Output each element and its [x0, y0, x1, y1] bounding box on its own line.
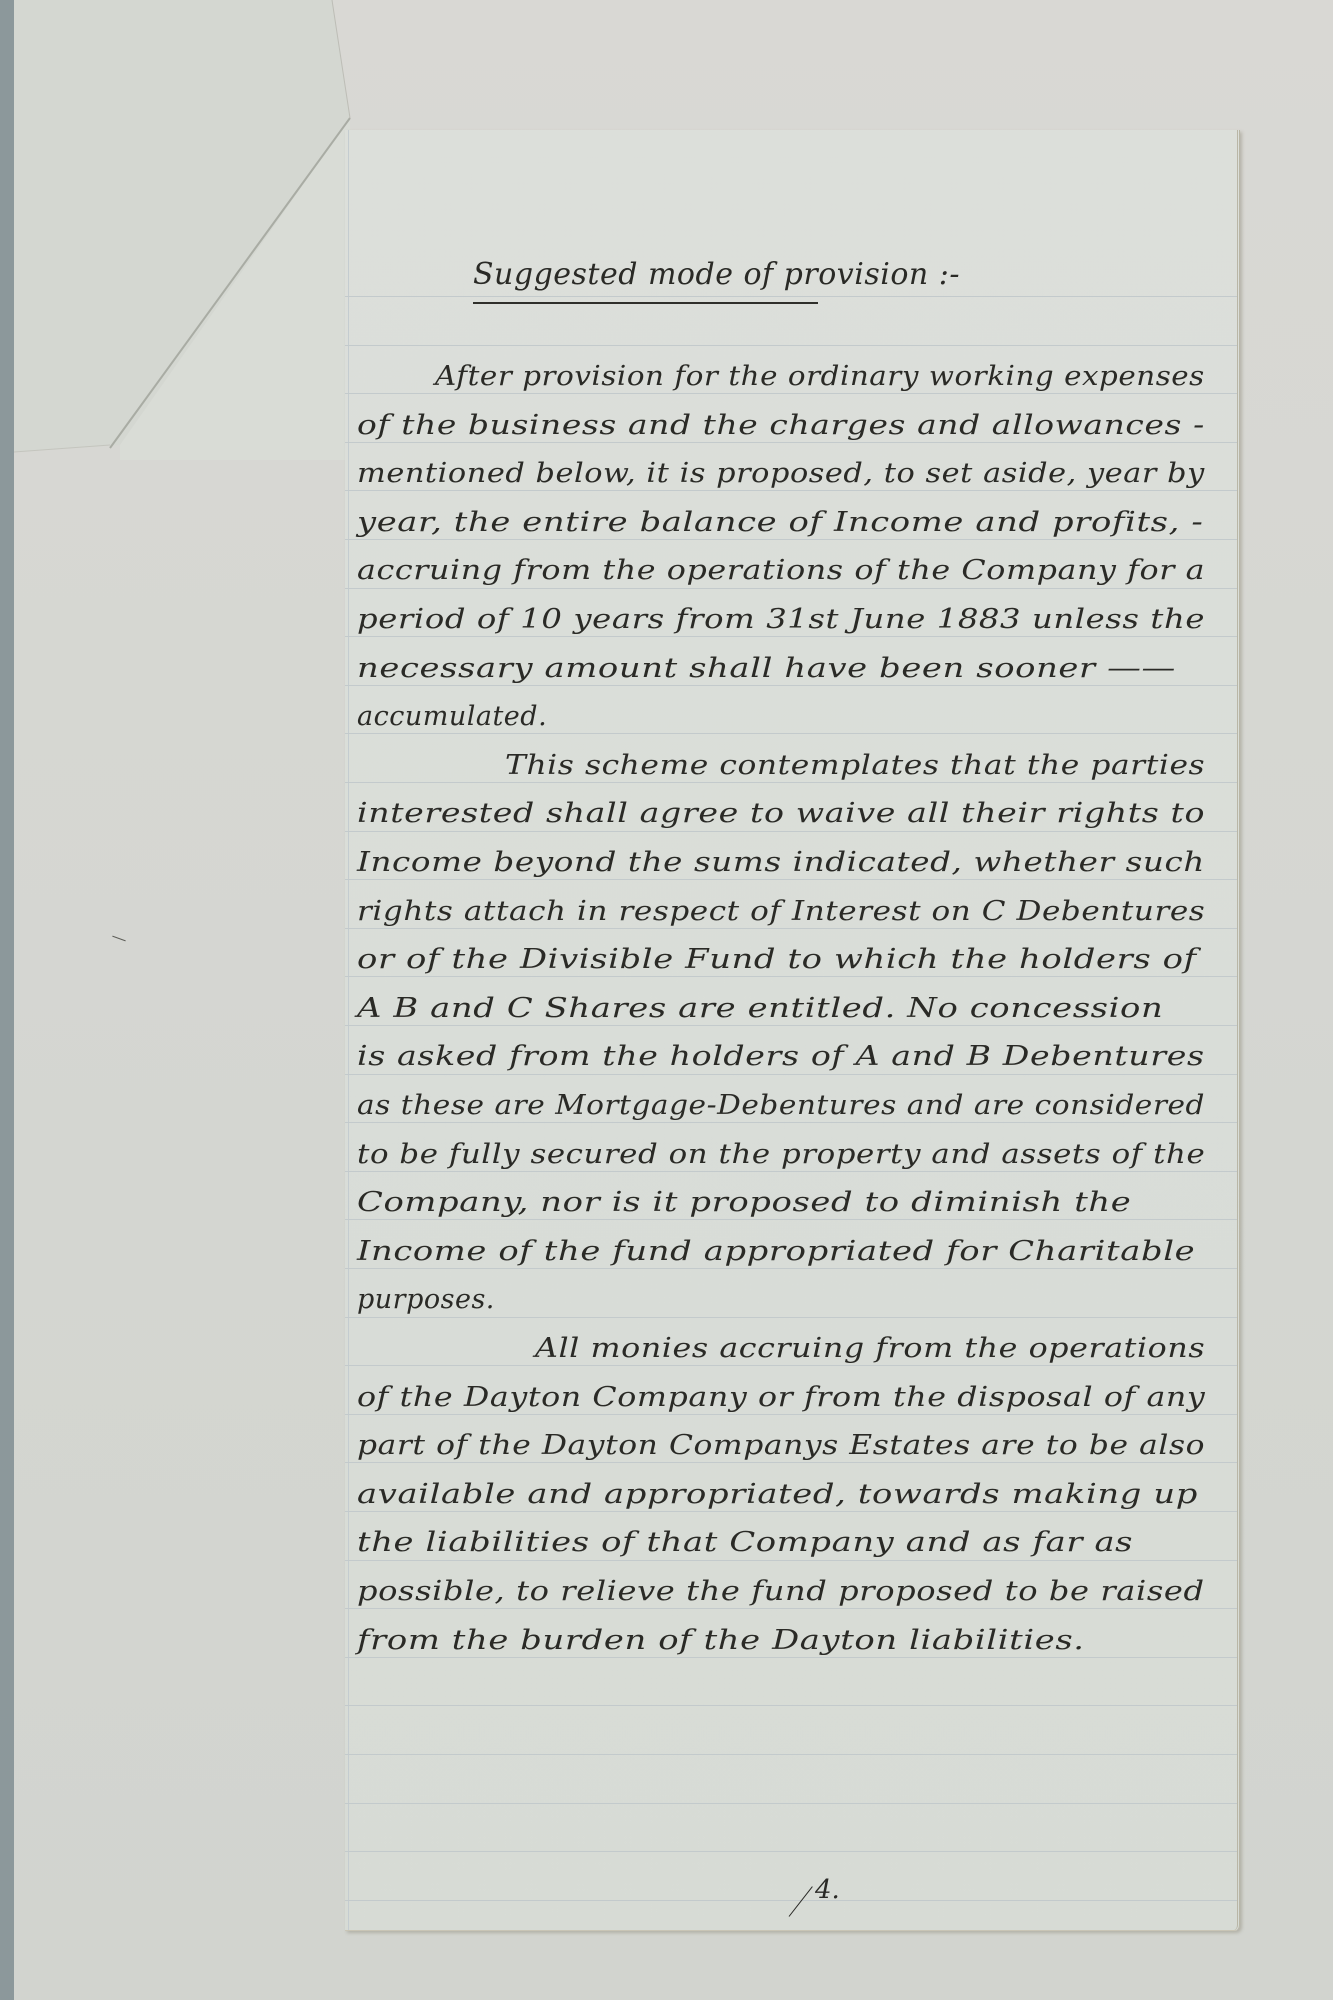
text-line: interested shall agree to waive all thei…	[357, 798, 1205, 829]
ruled-line	[345, 588, 1237, 589]
ruled-line	[345, 1122, 1237, 1123]
manuscript-page: Suggested mode of provision :- After pro…	[345, 130, 1240, 1931]
text-line: to be fully secured on the property and …	[357, 1139, 1205, 1170]
ruled-line	[345, 393, 1237, 394]
text-line: is asked from the holders of A and B Deb…	[357, 1041, 1205, 1072]
ruled-line	[345, 636, 1237, 637]
text-line: part of the Dayton Companys Estates are …	[357, 1430, 1205, 1461]
page-number-slash	[789, 1886, 813, 1917]
text-line: Income of the fund appropriated for Char…	[357, 1236, 1195, 1267]
ruled-line	[345, 733, 1237, 734]
text-line: of the Dayton Company or from the dispos…	[357, 1382, 1205, 1413]
text-line: A B and C Shares are entitled. No conces…	[357, 993, 1163, 1024]
ruled-line	[345, 1414, 1237, 1415]
ruled-line	[345, 345, 1237, 346]
ruled-line	[345, 1462, 1237, 1463]
text-line: possible, to relieve the fund proposed t…	[357, 1576, 1205, 1607]
ruled-line	[345, 685, 1237, 686]
ruled-line	[345, 928, 1237, 929]
ruled-line	[345, 539, 1237, 540]
ruled-line	[345, 1851, 1237, 1852]
title-underline	[473, 302, 818, 304]
text-line: as these are Mortgage-Debentures and are…	[357, 1090, 1205, 1121]
text-line: year, the entire balance of Income and p…	[357, 507, 1203, 538]
ruled-line	[345, 1025, 1237, 1026]
ruled-line	[345, 1171, 1237, 1172]
text-line: accumulated.	[357, 701, 547, 732]
ruled-line	[345, 1511, 1237, 1512]
text-line: the liabilities of that Company and as f…	[357, 1527, 1133, 1558]
ruled-line	[345, 1900, 1237, 1901]
text-line: After provision for the ordinary working…	[435, 361, 1205, 392]
ruled-line	[345, 1074, 1237, 1075]
text-line: accruing from the operations of the Comp…	[357, 555, 1205, 586]
ruled-line	[345, 831, 1237, 832]
ruled-line	[345, 1219, 1237, 1220]
ruled-line	[345, 1608, 1237, 1609]
ruled-line	[345, 490, 1237, 491]
text-line: rights attach in respect of Interest on …	[357, 896, 1205, 927]
text-line: Company, nor is it proposed to diminish …	[357, 1187, 1131, 1218]
ruled-line	[345, 1365, 1237, 1366]
ruled-line	[345, 1705, 1237, 1706]
ruled-line	[345, 976, 1237, 977]
ruled-line	[345, 1560, 1237, 1561]
ruled-line	[345, 1803, 1237, 1804]
text-line: This scheme contemplates that the partie…	[505, 750, 1205, 781]
text-line: of the business and the charges and allo…	[357, 410, 1205, 441]
text-line: necessary amount shall have been sooner …	[357, 653, 1176, 684]
text-line: from the burden of the Dayton liabilitie…	[357, 1625, 1085, 1656]
page-number: 4.	[815, 1875, 840, 1905]
ruled-line	[345, 442, 1237, 443]
ruled-line	[345, 296, 1237, 297]
folded-paper-flap	[0, 0, 360, 460]
text-line: available and appropriated, towards maki…	[357, 1479, 1198, 1510]
ruled-line	[345, 1657, 1237, 1658]
text-line: All monies accruing from the operations	[535, 1333, 1205, 1364]
page-title: Suggested mode of provision :-	[473, 257, 960, 292]
text-line: mentioned below, it is proposed, to set …	[357, 458, 1205, 489]
text-line: period of 10 years from 31st June 1883 u…	[357, 604, 1205, 635]
ruled-line	[345, 879, 1237, 880]
text-line: purposes.	[357, 1284, 495, 1315]
ruled-line	[345, 1754, 1237, 1755]
margin-line	[348, 130, 349, 1930]
ruled-line	[345, 782, 1237, 783]
text-line: or of the Divisible Fund to which the ho…	[357, 944, 1197, 975]
ruled-line	[345, 1268, 1237, 1269]
text-line: Income beyond the sums indicated, whethe…	[357, 847, 1205, 878]
ruled-line	[345, 1317, 1237, 1318]
